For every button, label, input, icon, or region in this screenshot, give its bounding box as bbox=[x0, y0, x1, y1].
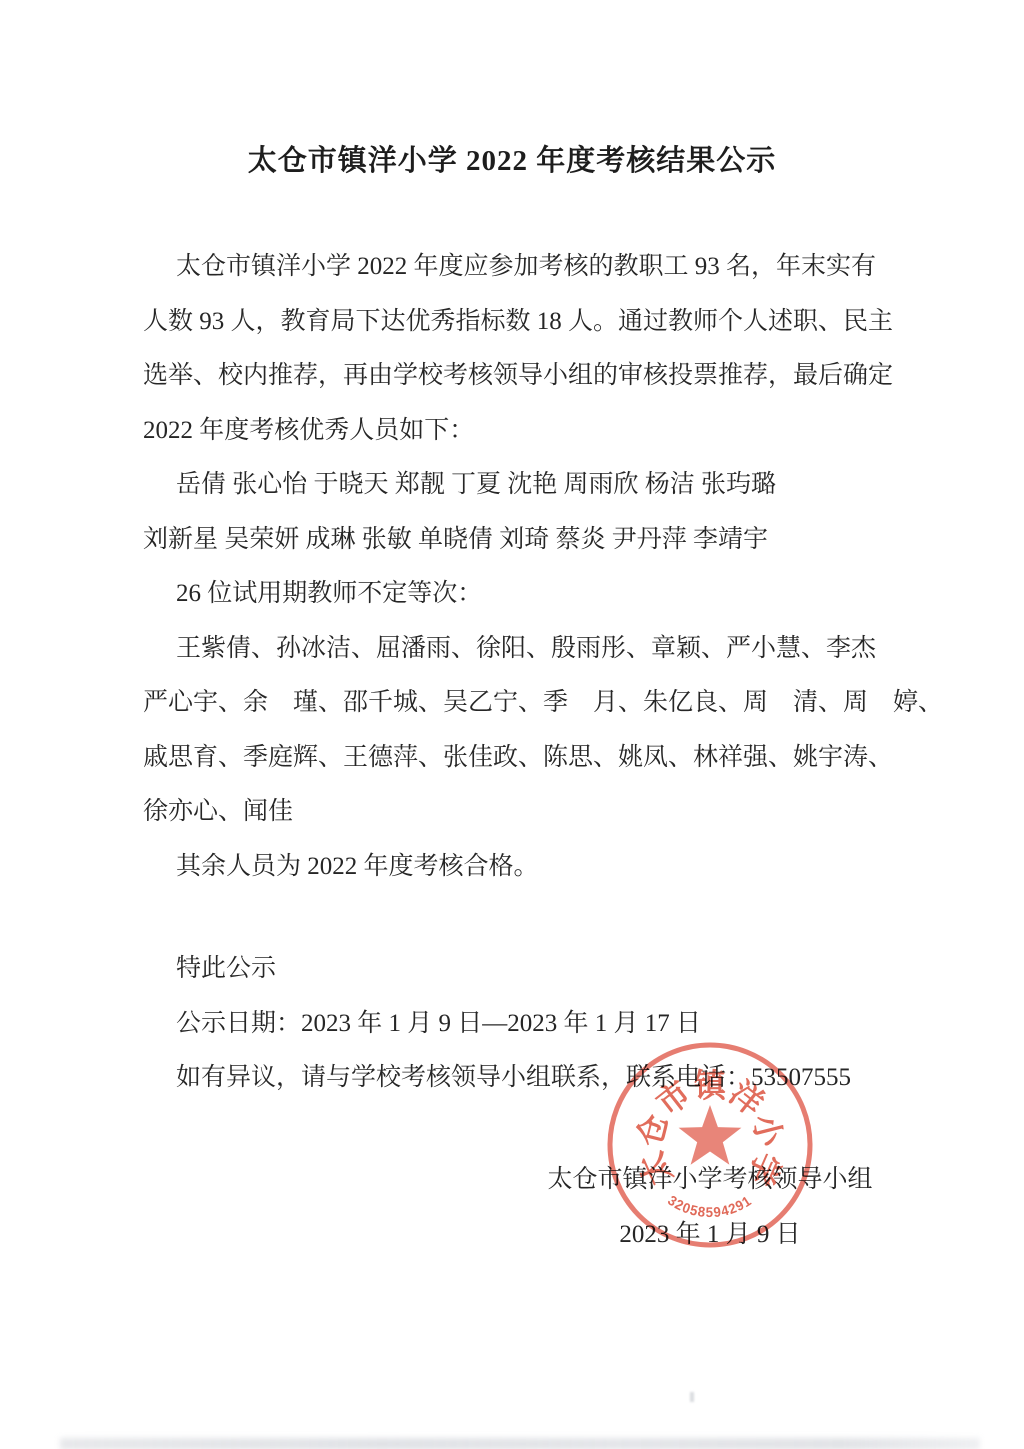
contact-line: 如有异议，请与学校考核领导小组联系，联系电话：53507555 bbox=[143, 1051, 888, 1106]
probation-names-line: 严心宇、余 瑾、邵千城、吴乙宁、季 月、朱亿良、周 清、周 婷、 bbox=[143, 676, 888, 731]
signature-block: 太仓市镇洋小学考核领导小组 2023 年 1 月 9 日 bbox=[545, 1152, 875, 1262]
paragraph-line: 选举、校内推荐，再由学校考核领导小组的审核投票推荐，最后确定 bbox=[143, 349, 888, 404]
paragraph-line: 其余人员为 2022 年度考核合格。 bbox=[143, 840, 888, 895]
page-title: 太仓市镇洋小学 2022 年度考核结果公示 bbox=[0, 138, 1024, 179]
document-body: 太仓市镇洋小学 2022 年度应参加考核的教职工 93 名，年末实有 人数 93… bbox=[143, 240, 888, 1106]
probation-names-line: 王紫倩、孙冰洁、屈潘雨、徐阳、殷雨彤、章颖、严小慧、李杰 bbox=[143, 622, 888, 677]
publicity-date-line: 公示日期：2023 年 1 月 9 日—2023 年 1 月 17 日 bbox=[143, 997, 888, 1052]
paragraph-line: 太仓市镇洋小学 2022 年度应参加考核的教职工 93 名，年末实有 bbox=[143, 240, 888, 295]
scan-artifact bbox=[60, 1438, 980, 1449]
signature-org: 太仓市镇洋小学考核领导小组 bbox=[545, 1152, 875, 1207]
paragraph-line: 2022 年度考核优秀人员如下： bbox=[143, 404, 888, 459]
probation-names-line: 徐亦心、闻佳 bbox=[143, 785, 888, 840]
probation-names-line: 戚思育、季庭辉、王德萍、张佳政、陈思、姚凤、林祥强、姚宇涛、 bbox=[143, 731, 888, 786]
paragraph-line: 人数 93 人，教育局下达优秀指标数 18 人。通过教师个人述职、民主 bbox=[143, 295, 888, 350]
signature-date: 2023 年 1 月 9 日 bbox=[545, 1207, 875, 1262]
excellent-names-line: 刘新星 吴荣妍 成琳 张敏 单晓倩 刘琦 蔡炎 尹丹萍 李靖宇 bbox=[143, 513, 888, 568]
document-page: 太仓市镇洋小学 2022 年度考核结果公示 太仓市镇洋小学 2022 年度应参加… bbox=[0, 0, 1024, 1449]
scan-artifact bbox=[690, 1392, 694, 1402]
excellent-names-line: 岳倩 张心怡 于晓天 郑靓 丁夏 沈艳 周雨欣 杨洁 张玙璐 bbox=[143, 458, 888, 513]
closing-line: 特此公示 bbox=[143, 942, 888, 997]
paragraph-line: 26 位试用期教师不定等次： bbox=[143, 567, 888, 622]
